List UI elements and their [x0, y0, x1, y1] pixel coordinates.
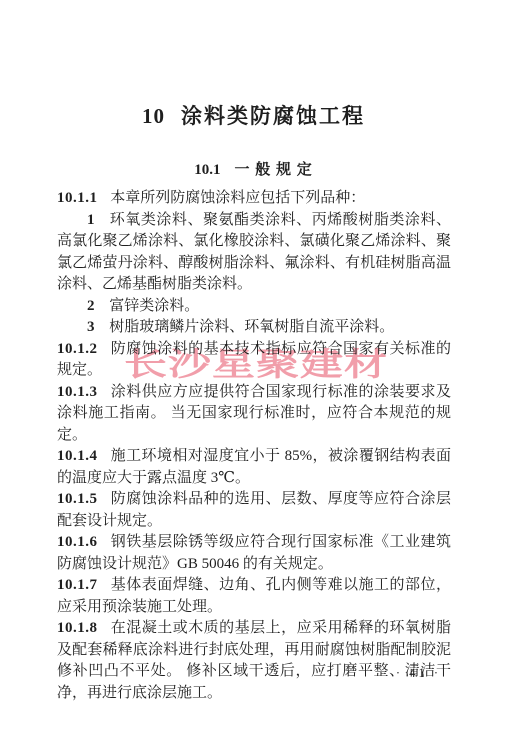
clause-text: 环氧类涂料、聚氨酯类涂料、丙烯酸树脂类涂料、高氯化聚乙烯涂料、氯化橡胶涂料、氯磺… [57, 212, 451, 293]
clause-label: 10.1.1 [57, 190, 110, 206]
page-content: 10涂料类防腐蚀工程 10.1一 般 规 定 10.1.1本章所列防腐蚀涂料应包… [0, 0, 507, 735]
clause-label: 3 [87, 319, 109, 335]
clause-paragraph: 1环氧类涂料、聚氨酯类涂料、丙烯酸树脂类涂料、高氯化聚乙烯涂料、氯化橡胶涂料、氯… [57, 210, 451, 296]
section-title-text: 一 般 规 定 [234, 162, 312, 178]
clause-label: 10.1.7 [57, 577, 110, 593]
document-page: 长沙星聚建材 10涂料类防腐蚀工程 10.1一 般 规 定 10.1.1本章所列… [0, 0, 507, 735]
clause-paragraph: 10.1.5防腐蚀涂料品种的选用、层数、厚度等应符合涂层配套设计规定。 [57, 489, 451, 532]
clause-paragraph: 10.1.2防腐蚀涂料的基本技术指标应符合国家有关标准的规定。 [57, 339, 451, 382]
clause-label: 10.1.3 [57, 384, 110, 400]
chapter-title: 10涂料类防腐蚀工程 [0, 100, 507, 130]
page-number: · 41 · [396, 666, 441, 681]
clause-paragraph: 10.1.7基体表面焊缝、边角、孔内侧等难以施工的部位，应采用预涂装施工处理。 [57, 575, 451, 618]
clause-paragraph: 3树脂玻璃鳞片涂料、环氧树脂自流平涂料。 [57, 317, 451, 339]
clause-paragraph: 10.1.3涂料供应方应提供符合国家现行标准的涂装要求及涂料施工指南。 当无国家… [57, 382, 451, 447]
clause-paragraph: 2富锌类涂料。 [57, 296, 451, 318]
chapter-number: 10 [142, 104, 165, 128]
body-text: 10.1.1本章所列防腐蚀涂料应包括下列品种： 1环氧类涂料、聚氨酯类涂料、丙烯… [57, 188, 451, 704]
clause-label: 1 [87, 212, 109, 228]
clause-text: 涂料供应方应提供符合国家现行标准的涂装要求及涂料施工指南。 当无国家现行标准时，… [57, 384, 451, 443]
clause-text: 富锌类涂料。 [109, 298, 199, 314]
clause-label: 10.1.5 [57, 491, 110, 507]
clause-label: 10.1.4 [57, 448, 110, 464]
clause-text: 基体表面焊缝、边角、孔内侧等难以施工的部位，应采用预涂装施工处理。 [57, 577, 451, 615]
clause-label: 2 [87, 298, 109, 314]
chapter-title-text: 涂料类防腐蚀工程 [181, 104, 365, 128]
clause-text: 钢铁基层除锈等级应符合现行国家标准《工业建筑防腐蚀设计规范》GB 50046 的… [57, 534, 451, 572]
clause-text: 防腐蚀涂料的基本技术指标应符合国家有关标准的规定。 [57, 341, 451, 379]
clause-label: 10.1.8 [57, 620, 110, 636]
clause-paragraph: 10.1.4施工环境相对湿度宜小于 85%，被涂覆钢结构表面的温度应大于露点温度… [57, 446, 451, 489]
clause-text: 防腐蚀涂料品种的选用、层数、厚度等应符合涂层配套设计规定。 [57, 491, 451, 529]
clause-paragraph: 10.1.6钢铁基层除锈等级应符合现行国家标准《工业建筑防腐蚀设计规范》GB 5… [57, 532, 451, 575]
clause-label: 10.1.6 [57, 534, 110, 550]
clause-text: 树脂玻璃鳞片涂料、环氧树脂自流平涂料。 [109, 319, 394, 335]
clause-text: 在混凝土或木质的基层上，应采用稀释的环氧树脂及配套稀释底涂料进行封底处理，再用耐… [57, 620, 451, 701]
clause-text: 施工环境相对湿度宜小于 85%，被涂覆钢结构表面的温度应大于露点温度 3℃。 [57, 448, 451, 486]
section-number: 10.1 [194, 162, 220, 178]
clause-text: 本章所列防腐蚀涂料应包括下列品种： [110, 190, 365, 206]
clause-paragraph: 10.1.8在混凝土或木质的基层上，应采用稀释的环氧树脂及配套稀释底涂料进行封底… [57, 618, 451, 704]
clause-paragraph: 10.1.1本章所列防腐蚀涂料应包括下列品种： [57, 188, 451, 210]
section-title: 10.1一 般 规 定 [0, 158, 507, 179]
clause-label: 10.1.2 [57, 341, 110, 357]
